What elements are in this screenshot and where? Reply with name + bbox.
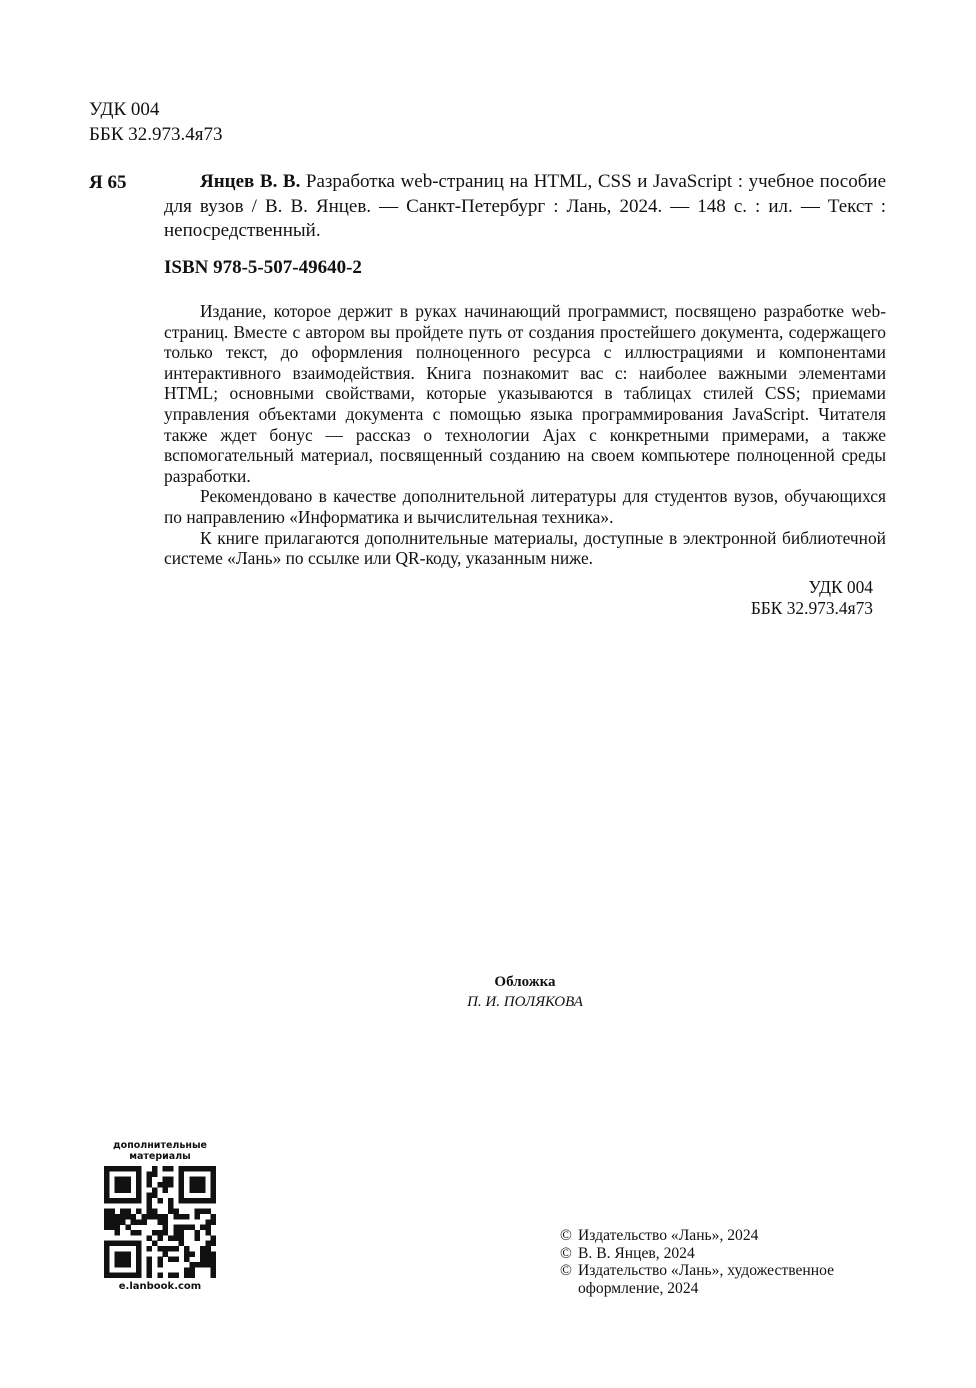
qr-code-icon[interactable] [104, 1166, 216, 1278]
annotation-paragraph: Издание, которое держит в руках начинающ… [164, 301, 886, 486]
copyright-text: В. В. Янцев, 2024 [578, 1245, 695, 1263]
author-sign: Я 65 [89, 172, 126, 194]
copyright-line: © В. В. Янцев, 2024 [560, 1245, 858, 1263]
copyright-symbol: © [560, 1262, 578, 1297]
qr-url[interactable]: e.lanbook.com [100, 1281, 220, 1292]
udk-code: УДК 004 [560, 577, 873, 598]
copyright-line: © Издательство «Лань», художественное оф… [560, 1262, 858, 1297]
isbn: ISBN 978-5-507-49640-2 [164, 257, 362, 279]
annotation: Издание, которое держит в руках начинающ… [164, 301, 886, 569]
udk-code: УДК 004 [89, 97, 222, 122]
annotation-paragraph: К книге прилагаются дополнительные матер… [164, 528, 886, 569]
bbk-code: ББК 32.973.4я73 [89, 122, 222, 147]
cover-label: Обложка [380, 972, 670, 992]
qr-caption: дополнительные материалы [100, 1140, 220, 1162]
cover-designer: П. И. ПОЛЯКОВА [380, 992, 670, 1012]
classification-top: УДК 004 ББК 32.973.4я73 [89, 97, 222, 147]
author-name: Янцев В. В. [200, 171, 300, 192]
annotation-paragraph: Рекомендовано в качестве дополнительной … [164, 486, 886, 527]
classification-bottom: УДК 004 ББК 32.973.4я73 [560, 577, 873, 619]
copyright-symbol: © [560, 1245, 578, 1263]
copyright-symbol: © [560, 1227, 578, 1245]
copyright-text: Издательство «Лань», 2024 [578, 1227, 758, 1245]
cover-credit: Обложка П. И. ПОЛЯКОВА [380, 972, 670, 1012]
bibliographic-record: Янцев В. В. Разработка web-страниц на HT… [164, 170, 886, 244]
copyright-line: © Издательство «Лань», 2024 [560, 1227, 858, 1245]
bbk-code: ББК 32.973.4я73 [560, 598, 873, 619]
copyright-text: Издательство «Лань», художественное офор… [578, 1262, 858, 1297]
qr-block: дополнительные материалы e.lanbook.com [100, 1140, 220, 1292]
copyright-block: © Издательство «Лань», 2024 © В. В. Янце… [560, 1227, 858, 1297]
